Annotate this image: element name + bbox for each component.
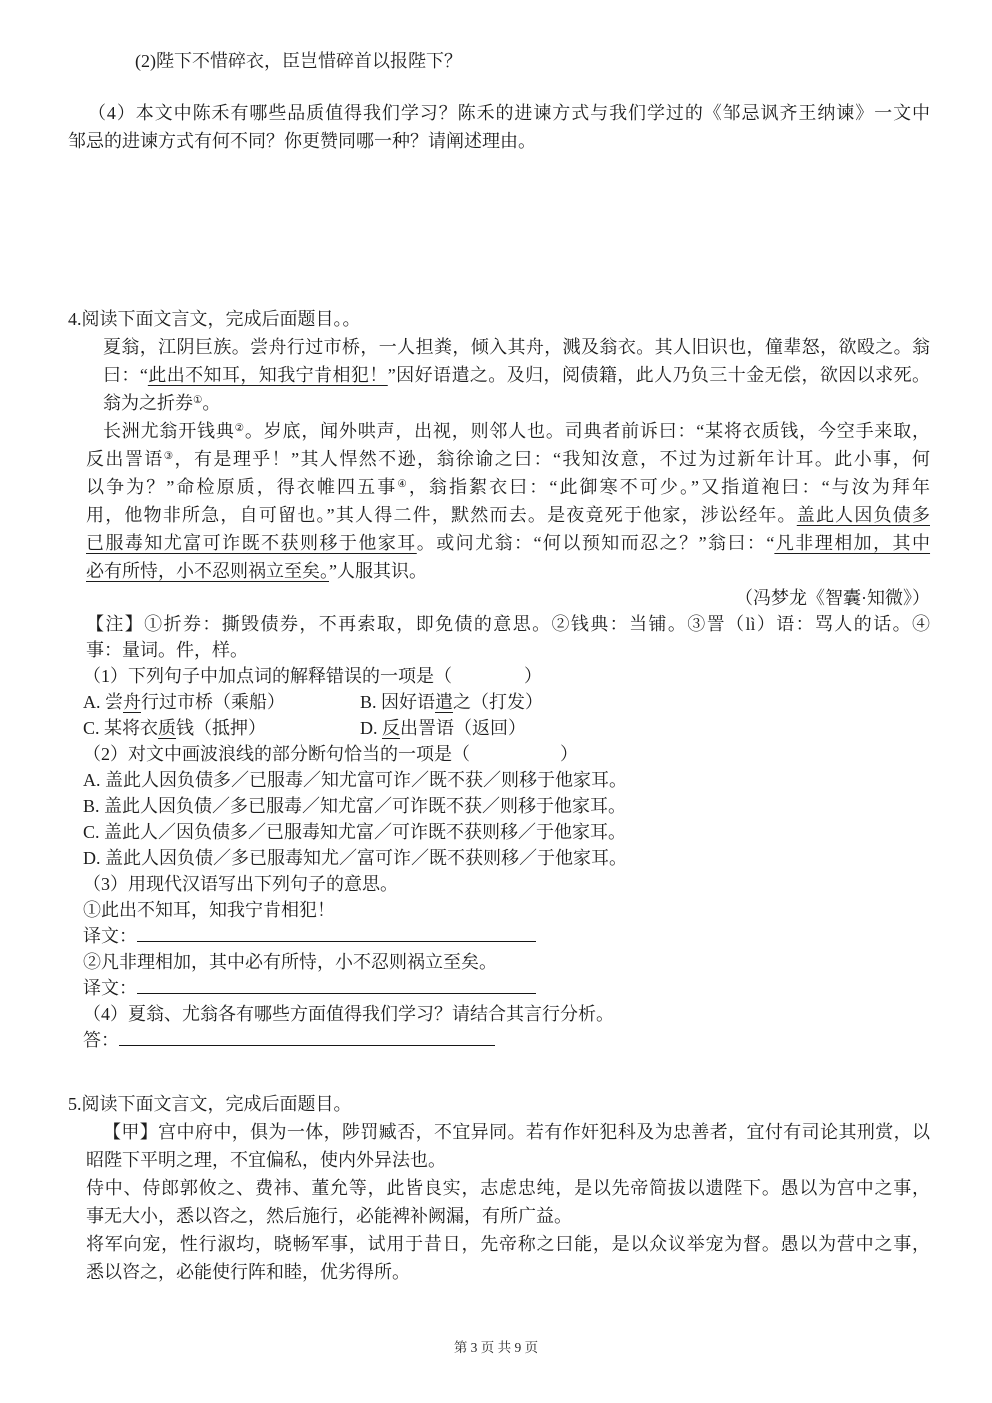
- top-carryover-block: (2)陛下不惜碎衣，臣岂惜碎首以报陛下？ （4）本文中陈禾有哪些品质值得我们学习…: [0, 47, 992, 155]
- section-5-title: 5.阅读下面文言文，完成后面题目。: [68, 1090, 930, 1118]
- passage-line: 已服毒知尤富可诈既不获则移于他家耳。或问尤翁：“何以预知而忍之？”翁曰：“凡非理…: [86, 529, 930, 557]
- passage-line: 【甲】宫中府中，俱为一体，陟罚臧否，不宜异同。若有作奸犯科及为忠善者，宜付有司论…: [103, 1118, 930, 1146]
- question-4-prompt-line-2: 邹忌的进谏方式有何不同？你更赞同哪一种？请阐述理由。: [68, 127, 930, 155]
- passage-line: 必有所恃，小不忍则祸立至矣。”人服其识。: [86, 557, 930, 585]
- passage-line: 侍中、侍郎郭攸之、费祎、董允等，此皆良实，志虑忠纯，是以先帝简拔以遗陛下。愚以为…: [86, 1174, 930, 1202]
- question-2-option-a: A. 盖此人因负债多／已服毒／知尤富可诈／既不获／则移于他家耳。: [83, 767, 930, 793]
- answer-label: 答：: [83, 1030, 119, 1050]
- translation-label: 译文：: [83, 978, 137, 998]
- section-4: 4.阅读下面文言文，完成后面题目。。 夏翁，江阴巨族。尝舟行过市桥，一人担粪，倾…: [0, 305, 992, 1053]
- option-c: C. 某将衣质钱（抵押）: [83, 718, 266, 738]
- passage-line: 反出詈语③，有是理乎！”其人悍然不逊，翁徐谕之曰：“我知汝意，不过为过新年计耳。…: [86, 445, 930, 473]
- passage-line: 翁为之折券①。: [103, 389, 930, 417]
- question-4-prompt-line-1: （4）本文中陈禾有哪些品质值得我们学习？陈禾的进谏方式与我们学过的《邹忌讽齐王纳…: [88, 99, 930, 127]
- translation-label: 译文：: [83, 926, 137, 946]
- question-2-option-b: B. 盖此人因负债／多已服毒／知尤富／可诈既不获／则移于他家耳。: [83, 793, 930, 819]
- note-line: 【注】①折券：撕毁债券，不再索取，即免债的意思。②钱典：当铺。③詈（lì）语：骂…: [86, 611, 930, 637]
- question-3-stem: （3）用现代汉语写出下列句子的意思。: [83, 871, 930, 897]
- note-line: 事：量词。件，样。: [86, 637, 930, 663]
- passage-line: 以争为？”命检原质，得衣帷四五事④，翁指絮衣曰：“此御寒不可少。”又指道袍曰：“…: [86, 473, 930, 501]
- question-2-option-d: D. 盖此人因负债／多已服毒知尤／富可诈／既不获则移／于他家耳。: [83, 845, 930, 871]
- section-5: 5.阅读下面文言文，完成后面题目。 【甲】宫中府中，俱为一体，陟罚臧否，不宜异同…: [0, 1090, 992, 1286]
- option-a: A. 尝舟行过市桥（乘船）: [83, 692, 285, 712]
- answer-blank-line: [119, 1030, 495, 1046]
- question-3-sentence-2: ②凡非理相加，其中必有所恃，小不忍则祸立至矣。: [83, 949, 930, 975]
- translation-answer-row-1: 译文：: [83, 923, 930, 949]
- passage-source: （冯梦龙《智囊·知微》）: [0, 585, 930, 611]
- question-3-sentence-1: ①此出不知耳，知我宁肯相犯！: [83, 897, 930, 923]
- question-2-option-c: C. 盖此人／因负债多／已服毒知尤富／可诈既不获则移／于他家耳。: [83, 819, 930, 845]
- translation-answer-row-2: 译文：: [83, 975, 930, 1001]
- passage-line: 曰：“此出不知耳，知我宁肯相犯！”因好语遣之。及归，阅债籍，此人乃负三十金无偿，…: [103, 361, 930, 389]
- passage-line: 用，他物非所急，自可留也。”其人得二件，默然而去。是夜竟死于他家，涉讼经年。盖此…: [86, 501, 930, 529]
- answer-row: 答：: [83, 1027, 930, 1053]
- passage-line: 昭陛下平明之理，不宜偏私，使内外异法也。: [86, 1146, 930, 1174]
- option-d: D. 反出詈语（返回）: [360, 715, 526, 741]
- answer-blank-line: [137, 978, 536, 994]
- question-1-options-row-2: C. 某将衣质钱（抵押） D. 反出詈语（返回）: [83, 715, 930, 741]
- page-footer: 第 3 页 共 9 页: [0, 1336, 992, 1356]
- passage-line: 事无大小，悉以咨之，然后施行，必能裨补阙漏，有所广益。: [86, 1202, 930, 1230]
- question-4-stem: （4）夏翁、尤翁各有哪些方面值得我们学习？请结合其言行分析。: [83, 1001, 930, 1027]
- passage-line: 悉以咨之，必能使行阵和睦，优劣得所。: [86, 1258, 930, 1286]
- passage-line: 将军向宠，性行淑均，晓畅军事，试用于昔日，先帝称之曰能，是以众议举宠为督。愚以为…: [86, 1230, 930, 1258]
- question-2-stem: （2）对文中画波浪线的部分断句恰当的一项是（ ）: [83, 741, 930, 767]
- sentence-translation-item: (2)陛下不惜碎衣，臣岂惜碎首以报陛下？: [135, 47, 930, 75]
- section-4-title: 4.阅读下面文言文，完成后面题目。。: [68, 305, 930, 333]
- answer-blank-line: [137, 926, 536, 942]
- question-1-options-row-1: A. 尝舟行过市桥（乘船） B. 因好语遣之（打发）: [83, 689, 930, 715]
- option-b: B. 因好语遣之（打发）: [360, 689, 543, 715]
- question-1-stem: （1）下列句子中加点词的解释错误的一项是（ ）: [83, 663, 930, 689]
- passage-line: 夏翁，江阴巨族。尝舟行过市桥，一人担粪，倾入其舟，溅及翁衣。其人旧识也，僮辈怒，…: [103, 333, 930, 361]
- exam-page: (2)陛下不惜碎衣，臣岂惜碎首以报陛下？ （4）本文中陈禾有哪些品质值得我们学习…: [0, 0, 992, 1403]
- passage-line: 长洲尤翁开钱典②。岁底，闻外哄声，出视，则邻人也。司典者前诉曰：“某将衣质钱，今…: [103, 417, 930, 445]
